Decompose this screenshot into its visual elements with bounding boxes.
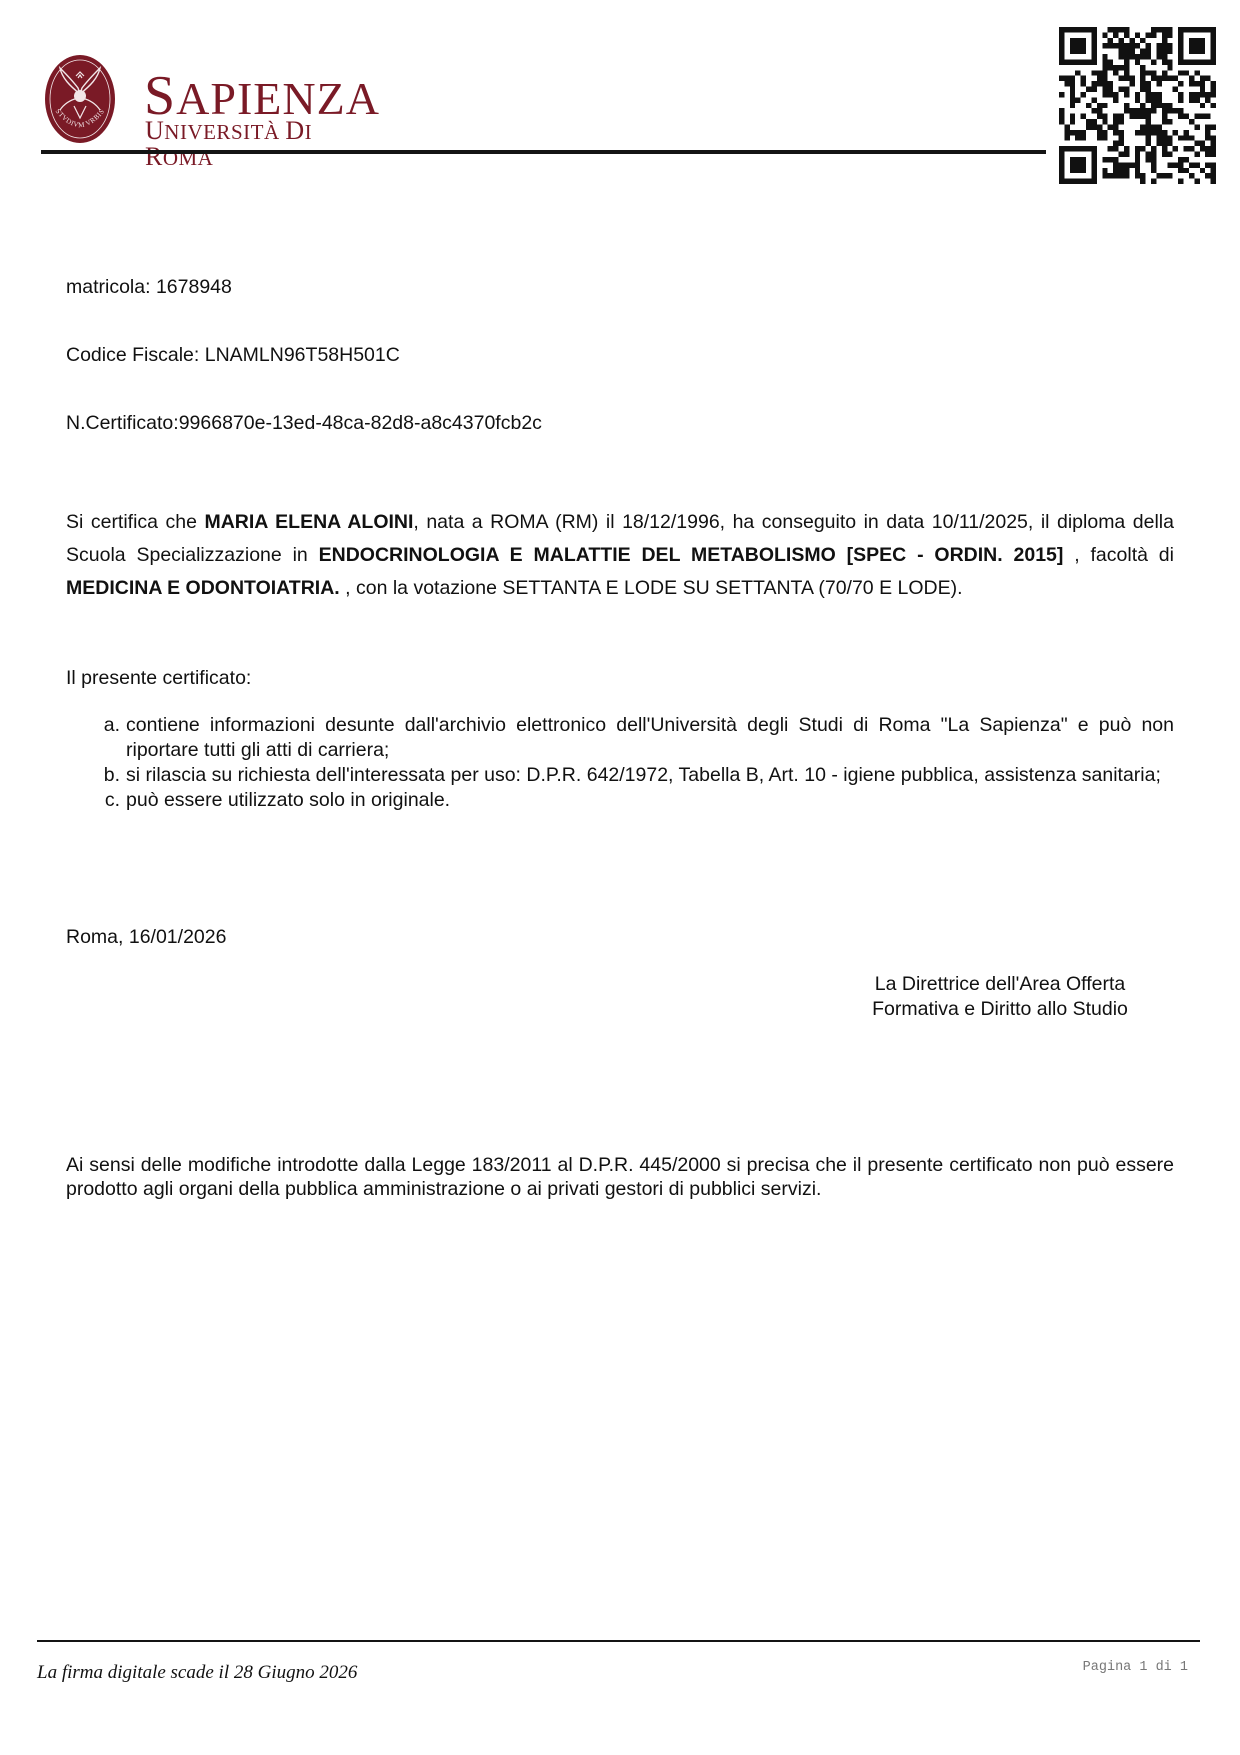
signer-title: La Direttrice dell'Area Offerta Formativ… bbox=[850, 972, 1150, 1022]
clause-marker: c. bbox=[66, 788, 126, 813]
clauses-intro: Il presente certificato: bbox=[66, 666, 251, 690]
place-and-date: Roma, 16/01/2026 bbox=[66, 925, 226, 949]
codice-fiscale-value: LNAMLN96T58H501C bbox=[205, 344, 400, 366]
signature-expiry-note: La firma digitale scade il 28 Giugno 202… bbox=[37, 1662, 357, 1684]
footer-divider bbox=[37, 1640, 1200, 1642]
qr-code-icon bbox=[1059, 27, 1216, 184]
clause-text: può essere utilizzato solo in originale. bbox=[126, 788, 1174, 813]
signer-line-1: La Direttrice dell'Area Offerta bbox=[850, 972, 1150, 997]
matricola-value: 1678948 bbox=[156, 276, 232, 298]
university-logo: STVDIVM VRBIS SAPIENZA UNIVERSITÀ DI ROM… bbox=[44, 54, 364, 150]
seal-icon: STVDIVM VRBIS bbox=[44, 54, 116, 144]
clause-marker: a. bbox=[66, 713, 126, 763]
header-divider bbox=[41, 150, 1046, 154]
page-number: Pagina 1 di 1 bbox=[1083, 1660, 1188, 1675]
signer-line-2: Formativa e Diritto allo Studio bbox=[850, 997, 1150, 1022]
certification-paragraph: Si certifica che MARIA ELENA ALOINI, nat… bbox=[66, 506, 1174, 605]
certificate-number-label: N.Certificato: bbox=[66, 412, 179, 434]
clause-item: b. si rilascia su richiesta dell'interes… bbox=[66, 763, 1174, 788]
holder-name: MARIA ELENA ALOINI bbox=[204, 511, 413, 533]
clause-item: c. può essere utilizzato solo in origina… bbox=[66, 788, 1174, 813]
certificate-number-field: N.Certificato:9966870e-13ed-48ca-82d8-a8… bbox=[66, 411, 542, 435]
clause-text: contiene informazioni desunte dall'archi… bbox=[126, 713, 1174, 763]
certificate-number-value: 9966870e-13ed-48ca-82d8-a8c4370fcb2c bbox=[179, 412, 542, 434]
specialization-school: ENDOCRINOLOGIA E MALATTIE DEL METABOLISM… bbox=[319, 544, 1064, 566]
clause-text: si rilascia su richiesta dell'interessat… bbox=[126, 763, 1174, 788]
clauses-list: a. contiene informazioni desunte dall'ar… bbox=[66, 713, 1174, 813]
matricola-label: matricola: bbox=[66, 276, 151, 298]
brand-name: SAPIENZA bbox=[144, 68, 380, 124]
faculty-name: MEDICINA E ODONTOIATRIA. bbox=[66, 577, 340, 599]
clause-item: a. contiene informazioni desunte dall'ar… bbox=[66, 713, 1174, 763]
codice-fiscale-field: Codice Fiscale: LNAMLN96T58H501C bbox=[66, 343, 400, 367]
brand-subtitle: UNIVERSITÀ DI ROMA bbox=[145, 118, 364, 170]
codice-fiscale-label: Codice Fiscale: bbox=[66, 344, 199, 366]
legal-notice: Ai sensi delle modifiche introdotte dall… bbox=[66, 1153, 1174, 1201]
clause-marker: b. bbox=[66, 763, 126, 788]
matricola-field: matricola: 1678948 bbox=[66, 275, 232, 299]
